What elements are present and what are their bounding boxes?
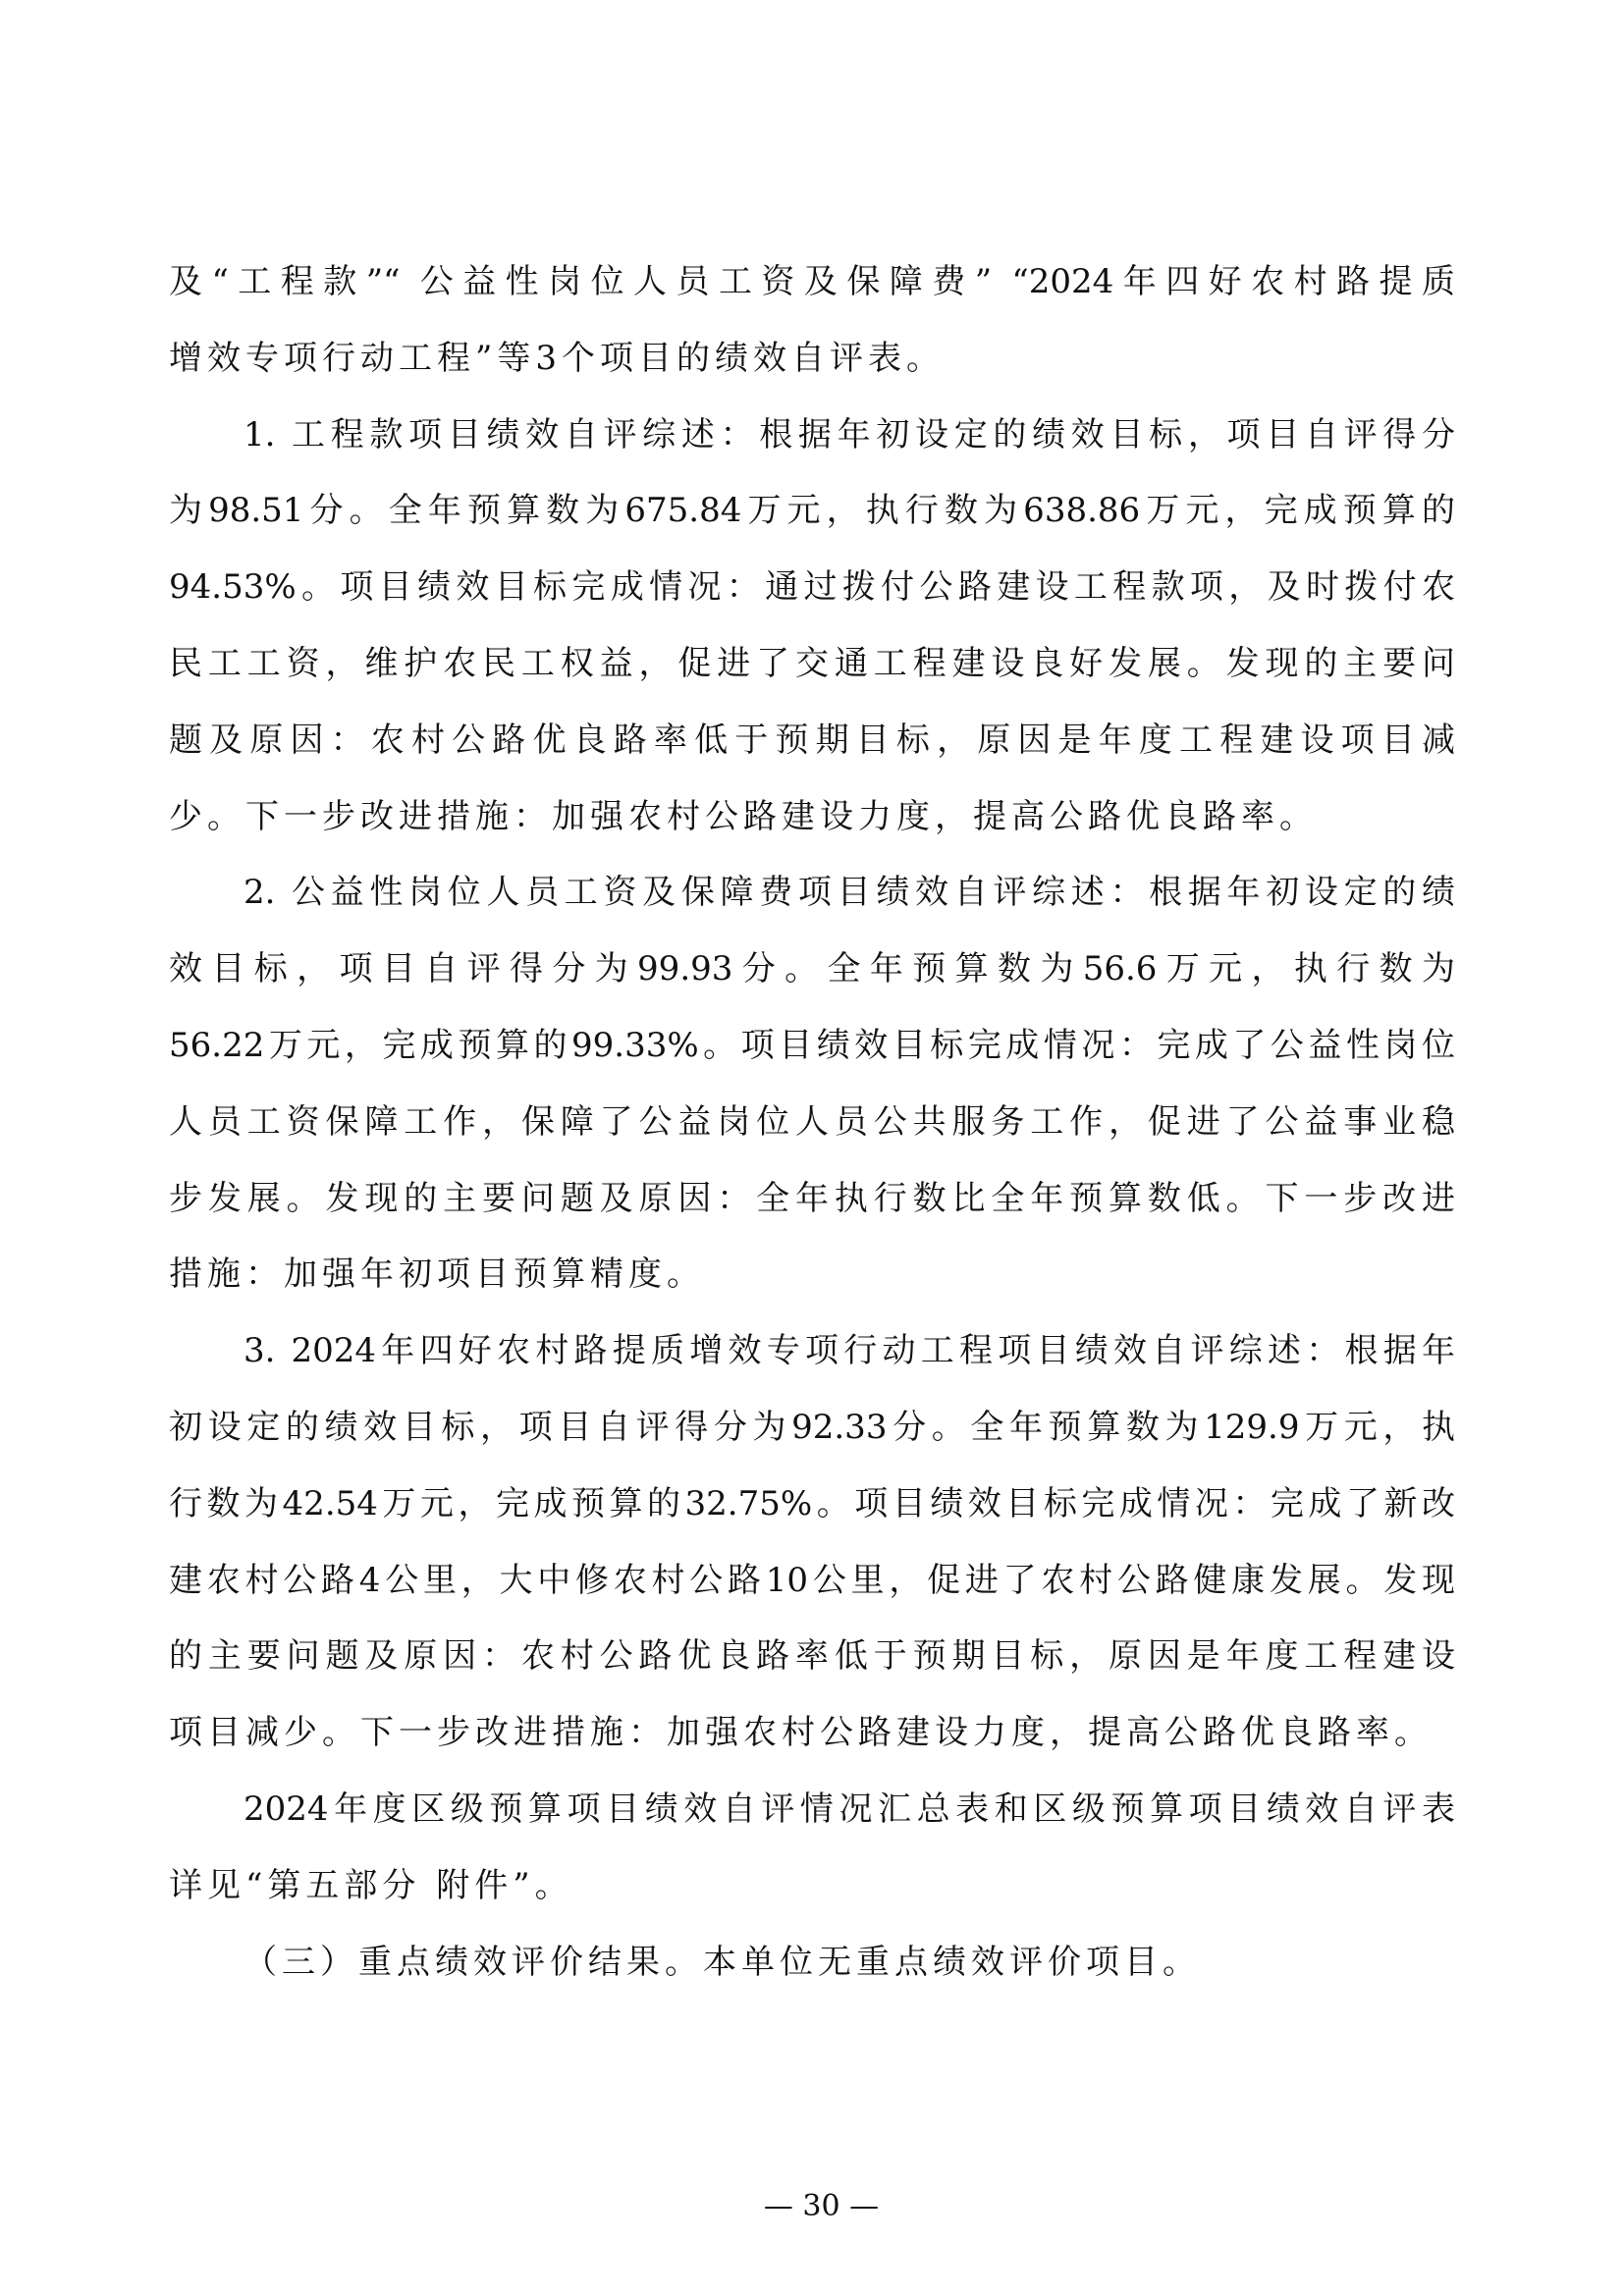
paragraph-item-2: 2. 公益性岗位人员工资及保障费项目绩效自评综述：根据年初设定的绩 效目标，项目… [169,870,1455,1328]
paragraph-appendix-note: 2024年度区级预算项目绩效自评情况汇总表和区级预算项目绩效自评表 详见“第五部… [169,1787,1455,1940]
text-line: 2024年度区级预算项目绩效自评情况汇总表和区级预算项目绩效自评表 [169,1787,1455,1863]
text-line: 少。下一步改进措施：加强农村公路建设力度，提高公路优良路率。 [169,794,1455,871]
text-line: 建农村公路4公里，大中修农村公路10公里，促进了农村公路健康发展。发现 [169,1558,1455,1634]
text-line: 步发展。发现的主要问题及原因：全年执行数比全年预算数低。下一步改进 [169,1176,1455,1253]
text-line: 3. 2024年四好农村路提质增效专项行动工程项目绩效自评综述：根据年 [169,1328,1455,1405]
text-line: 1. 工程款项目绩效自评综述：根据年初设定的绩效目标，项目自评得分 [169,412,1455,489]
text-line: 增效专项行动工程”等3个项目的绩效自评表。 [169,336,1455,412]
text-line: 的主要问题及原因：农村公路优良路率低于预期目标，原因是年度工程建设 [169,1633,1455,1710]
text-line: （三）重点绩效评价结果。本单位无重点绩效评价项目。 [169,1940,1455,2016]
text-line: 2. 公益性岗位人员工资及保障费项目绩效自评综述：根据年初设定的绩 [169,870,1455,946]
text-line: 行数为42.54万元，完成预算的32.75%。项目绩效目标完成情况：完成了新改 [169,1481,1455,1558]
text-line: 56.22万元，完成预算的99.33%。项目绩效目标完成情况：完成了公益性岗位 [169,1023,1455,1099]
text-line: 初设定的绩效目标，项目自评得分为92.33分。全年预算数为129.9万元，执 [169,1405,1455,1481]
text-line: 人员工资保障工作，保障了公益岗位人员公共服务工作，促进了公益事业稳 [169,1099,1455,1176]
paragraph-intro-continued: 及“工程款”“ 公益性岗位人员工资及保障费” “2024年四好农村路提质 增效专… [169,259,1455,412]
text-line: 项目减少。下一步改进措施：加强农村公路建设力度，提高公路优良路率。 [169,1710,1455,1787]
text-line: 措施：加强年初项目预算精度。 [169,1252,1455,1328]
text-line: 详见“第五部分 附件”。 [169,1863,1455,1940]
text-line: 及“工程款”“ 公益性岗位人员工资及保障费” “2024年四好农村路提质 [169,259,1455,336]
text-line: 94.53%。项目绩效目标完成情况：通过拨付公路建设工程款项，及时拨付农 [169,564,1455,641]
document-page: 及“工程款”“ 公益性岗位人员工资及保障费” “2024年四好农村路提质 增效专… [0,0,1623,2296]
text-line: 民工工资，维护农民工权益，促进了交通工程建设良好发展。发现的主要问 [169,641,1455,718]
text-line: 为98.51分。全年预算数为675.84万元，执行数为638.86万元，完成预算… [169,488,1455,564]
paragraph-item-3: 3. 2024年四好农村路提质增效专项行动工程项目绩效自评综述：根据年 初设定的… [169,1328,1455,1787]
section-heading-key-evaluation: （三）重点绩效评价结果。本单位无重点绩效评价项目。 [169,1940,1455,2016]
text-line: 题及原因：农村公路优良路率低于预期目标，原因是年度工程建设项目减 [169,718,1455,794]
page-number: — 30 — [0,2187,1623,2226]
paragraph-item-1: 1. 工程款项目绩效自评综述：根据年初设定的绩效目标，项目自评得分 为98.51… [169,412,1455,871]
document-body: 及“工程款”“ 公益性岗位人员工资及保障费” “2024年四好农村路提质 增效专… [169,259,1455,2015]
text-line: 效目标，项目自评得分为99.93分。全年预算数为56.6万元，执行数为 [169,946,1455,1023]
